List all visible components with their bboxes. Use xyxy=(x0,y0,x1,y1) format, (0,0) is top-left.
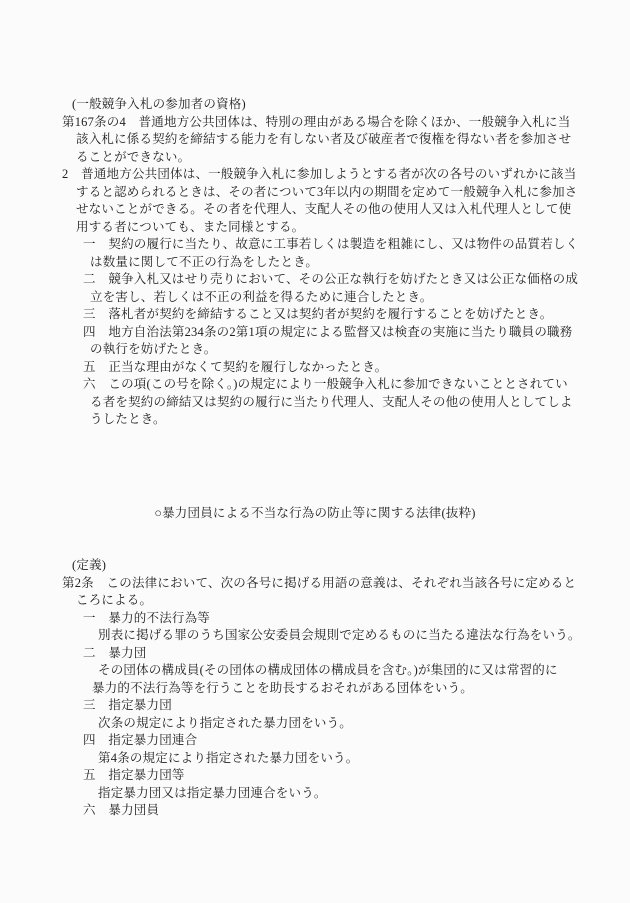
line-item-cont: る者を契約の締結又は契約の履行に当たり代理人、支配人その他の使用人としてしよ xyxy=(0,394,630,412)
line-article-cont: 用する者についても、また同様とする。 xyxy=(0,219,630,237)
line-article-first: 2 普通地方公共団体は、一般競争入札に参加しようとする者が次の各号のいずれかに該… xyxy=(0,166,630,184)
line-paren-heading: (一般競争入札の参加者の資格) xyxy=(0,96,630,114)
line-article-cont: せないことができる。その者を代理人、支配人その他の使用人又は入札代理人として使 xyxy=(0,201,630,219)
line-definition-cont: 暴力的不法行為等を行うことを助長するおそれがある団体をいう。 xyxy=(0,680,630,698)
line-item-first: 三 指定暴力団 xyxy=(0,697,630,715)
line-article-cont: ころによる。 xyxy=(0,592,630,610)
line-article-cont: ることができない。 xyxy=(0,149,630,167)
line-item-first: 三 落札者が契約を締結すること又は契約者が契約を履行することを妨げたとき。 xyxy=(0,306,630,324)
line-item-cont: 立を害し、若しくは不正の利益を得るために連合したとき。 xyxy=(0,289,630,307)
line-item-first: 二 競争入札又はせり売りにおいて、その公正な執行を妨げたとき又は公正な価格の成 xyxy=(0,271,630,289)
line-item-cont: の執行を妨げたとき。 xyxy=(0,341,630,359)
line-item-first: 二 暴力団 xyxy=(0,645,630,663)
line-item-first: 六 この項(この号を除く。)の規定により一般競争入札に参加できないこととされてい xyxy=(0,376,630,394)
line-definition: 別表に掲げる罪のうち国家公安委員会規則で定めるものに当たる違法な行為をいう。 xyxy=(0,627,630,645)
line-definition: 次条の規定により指定された暴力団をいう。 xyxy=(0,715,630,733)
document-page: (一般競争入札の参加者の資格)第167条の4 普通地方公共団体は、特別の理由があ… xyxy=(0,0,630,903)
line-item-first: 五 指定暴力団等 xyxy=(0,767,630,785)
line-article-cont: すると認められるときは、その者について3年以内の期間を定めて一般競争入札に参加さ xyxy=(0,184,630,202)
line-definition: その団体の構成員(その団体の構成団体の構成員を含む。)が集団的に又は常習的に xyxy=(0,662,630,680)
line-item-first: 四 指定暴力団連合 xyxy=(0,732,630,750)
document-text-body: (一般競争入札の参加者の資格)第167条の4 普通地方公共団体は、特別の理由があ… xyxy=(0,96,630,820)
line-item-cont: うしたとき。 xyxy=(0,411,630,429)
line-definition: 指定暴力団又は指定暴力団連合をいう。 xyxy=(0,785,630,803)
line-paren-heading: (定義) xyxy=(0,557,630,575)
line-item-first: 四 地方自治法第234条の2第1項の規定による監督又は検査の実施に当たり職員の職… xyxy=(0,324,630,342)
line-article-cont: 該入札に係る契約を締結する能力を有しない者及び破産者で復権を得ない者を参加させ xyxy=(0,131,630,149)
line-article-first: 第2条 この法律において、次の各号に掲げる用語の意義は、それぞれ当該各号に定める… xyxy=(0,575,630,593)
line-item-first: 一 契約の履行に当たり、故意に工事若しくは製造を粗雑にし、又は物件の品質若しく xyxy=(0,236,630,254)
line-item-first: 五 正当な理由がなくて契約を履行しなかったとき。 xyxy=(0,359,630,377)
line-item-first: 六 暴力団員 xyxy=(0,802,630,820)
line-definition: 第4条の規定により指定された暴力団をいう。 xyxy=(0,750,630,768)
line-article-first: 第167条の4 普通地方公共団体は、特別の理由がある場合を除くほか、一般競争入札… xyxy=(0,114,630,132)
line-doc-title: ○暴力団員による不当な行為の防止等に関する法律(抜粋) xyxy=(0,505,630,523)
line-item-first: 一 暴力的不法行為等 xyxy=(0,610,630,628)
line-item-cont: は数量に関して不正の行為をしたとき。 xyxy=(0,254,630,272)
